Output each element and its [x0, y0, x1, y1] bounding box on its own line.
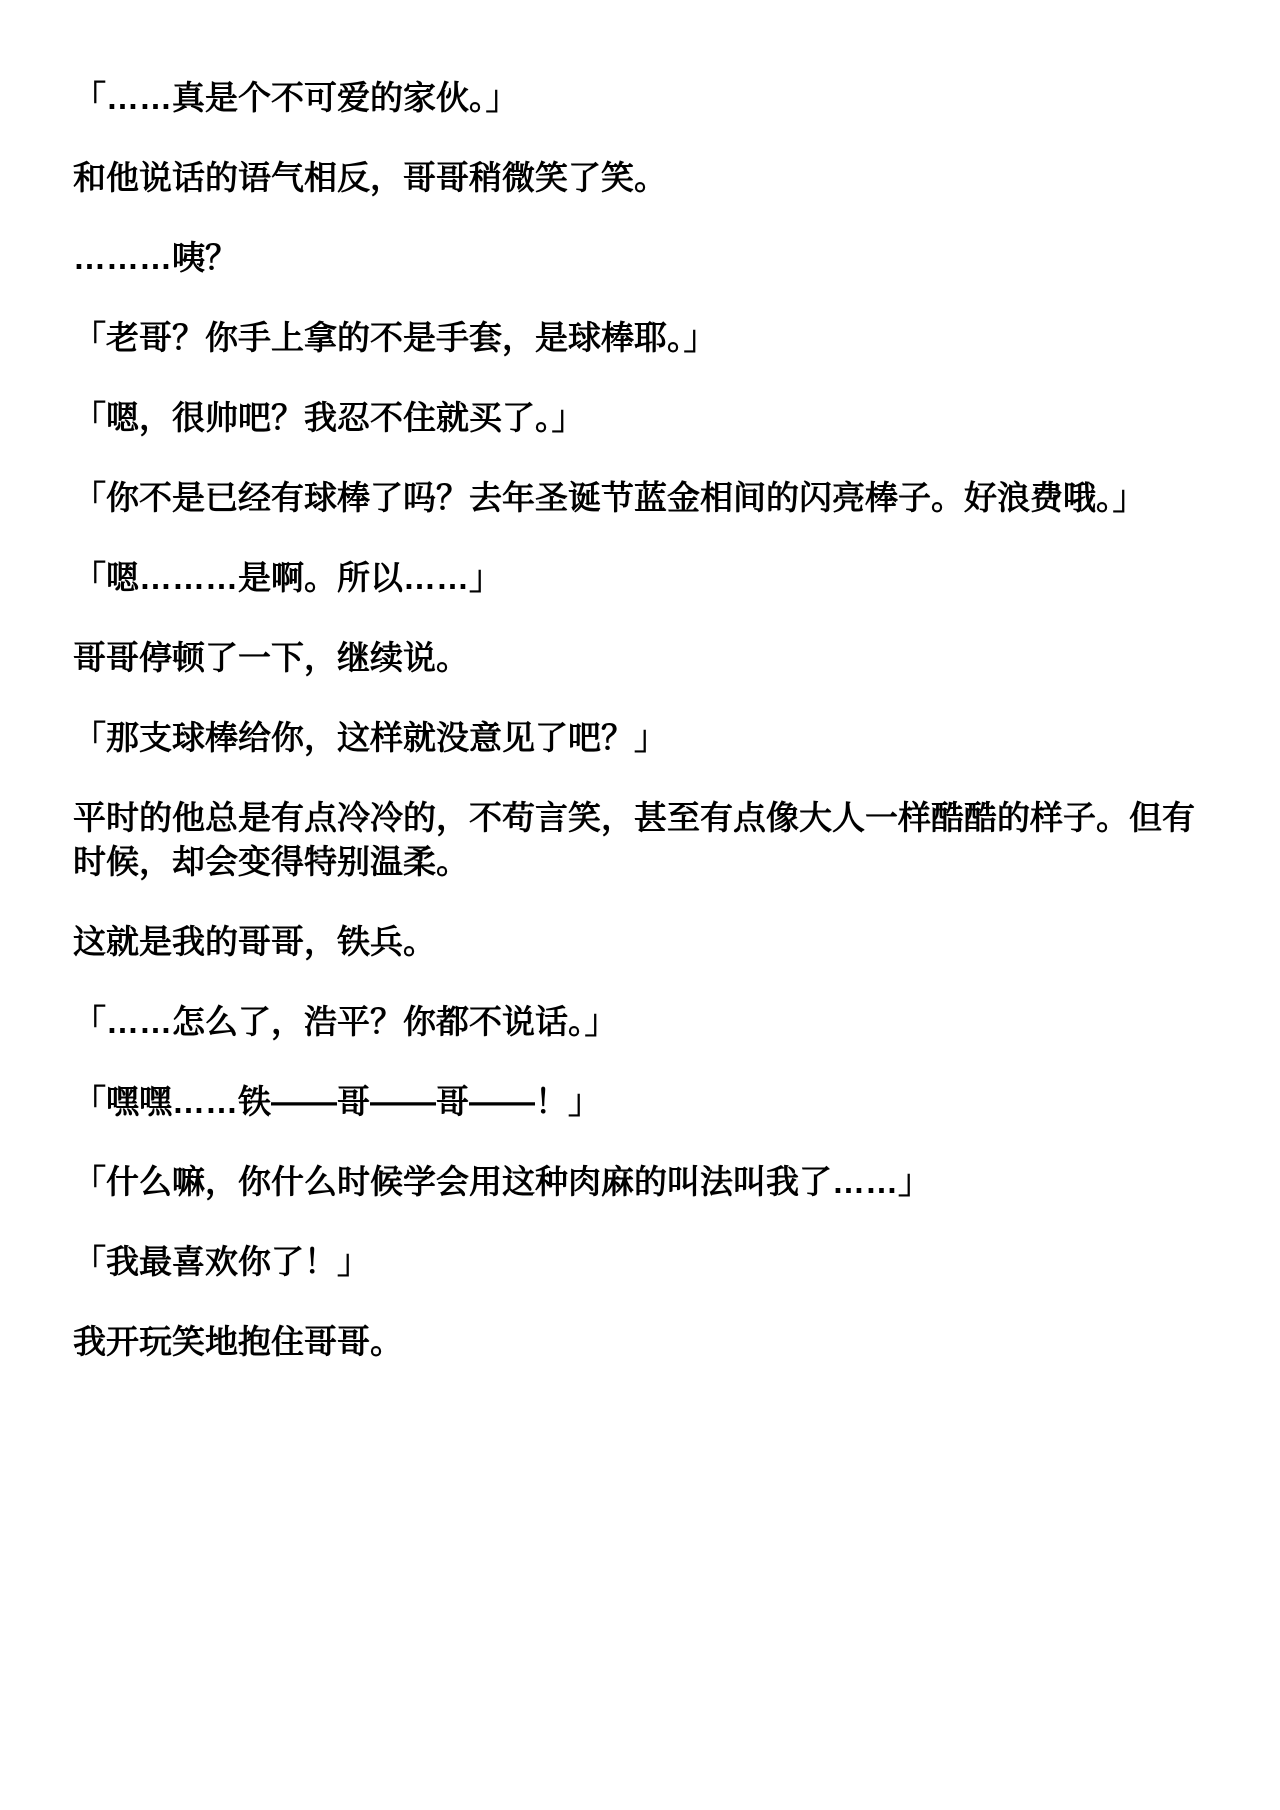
- paragraph: 「你不是已经有球棒了吗？去年圣诞节蓝金相间的闪亮棒子。好浪费哦。」: [73, 476, 1207, 520]
- paragraph: 「老哥？你手上拿的不是手套，是球棒耶。」: [73, 316, 1207, 360]
- paragraph: 「嗯，很帅吧？我忍不住就买了。」: [73, 396, 1207, 440]
- paragraph: ………咦？: [73, 236, 1207, 280]
- paragraph: 「什么嘛，你什么时候学会用这种肉麻的叫法叫我了……」: [73, 1160, 1207, 1204]
- novel-text-page: 「……真是个不可爱的家伙。」 和他说话的语气相反，哥哥稍微笑了笑。 ………咦？ …: [0, 0, 1280, 1364]
- paragraph: 哥哥停顿了一下，继续说。: [73, 636, 1207, 680]
- paragraph: 「那支球棒给你，这样就没意见了吧？」: [73, 716, 1207, 760]
- paragraph: 「嗯………是啊。所以……」: [73, 556, 1207, 600]
- paragraph: 平时的他总是有点冷冷的，不苟言笑，甚至有点像大人一样酷酷的样子。但有时候，却会变…: [73, 796, 1207, 884]
- paragraph: 「……怎么了，浩平？你都不说话。」: [73, 1000, 1207, 1044]
- paragraph: 「我最喜欢你了！」: [73, 1240, 1207, 1284]
- paragraph: 「嘿嘿……铁——哥——哥——！」: [73, 1080, 1207, 1124]
- paragraph: 「……真是个不可爱的家伙。」: [73, 76, 1207, 120]
- paragraph: 我开玩笑地抱住哥哥。: [73, 1320, 1207, 1364]
- paragraph: 和他说话的语气相反，哥哥稍微笑了笑。: [73, 156, 1207, 200]
- paragraph: 这就是我的哥哥，铁兵。: [73, 920, 1207, 964]
